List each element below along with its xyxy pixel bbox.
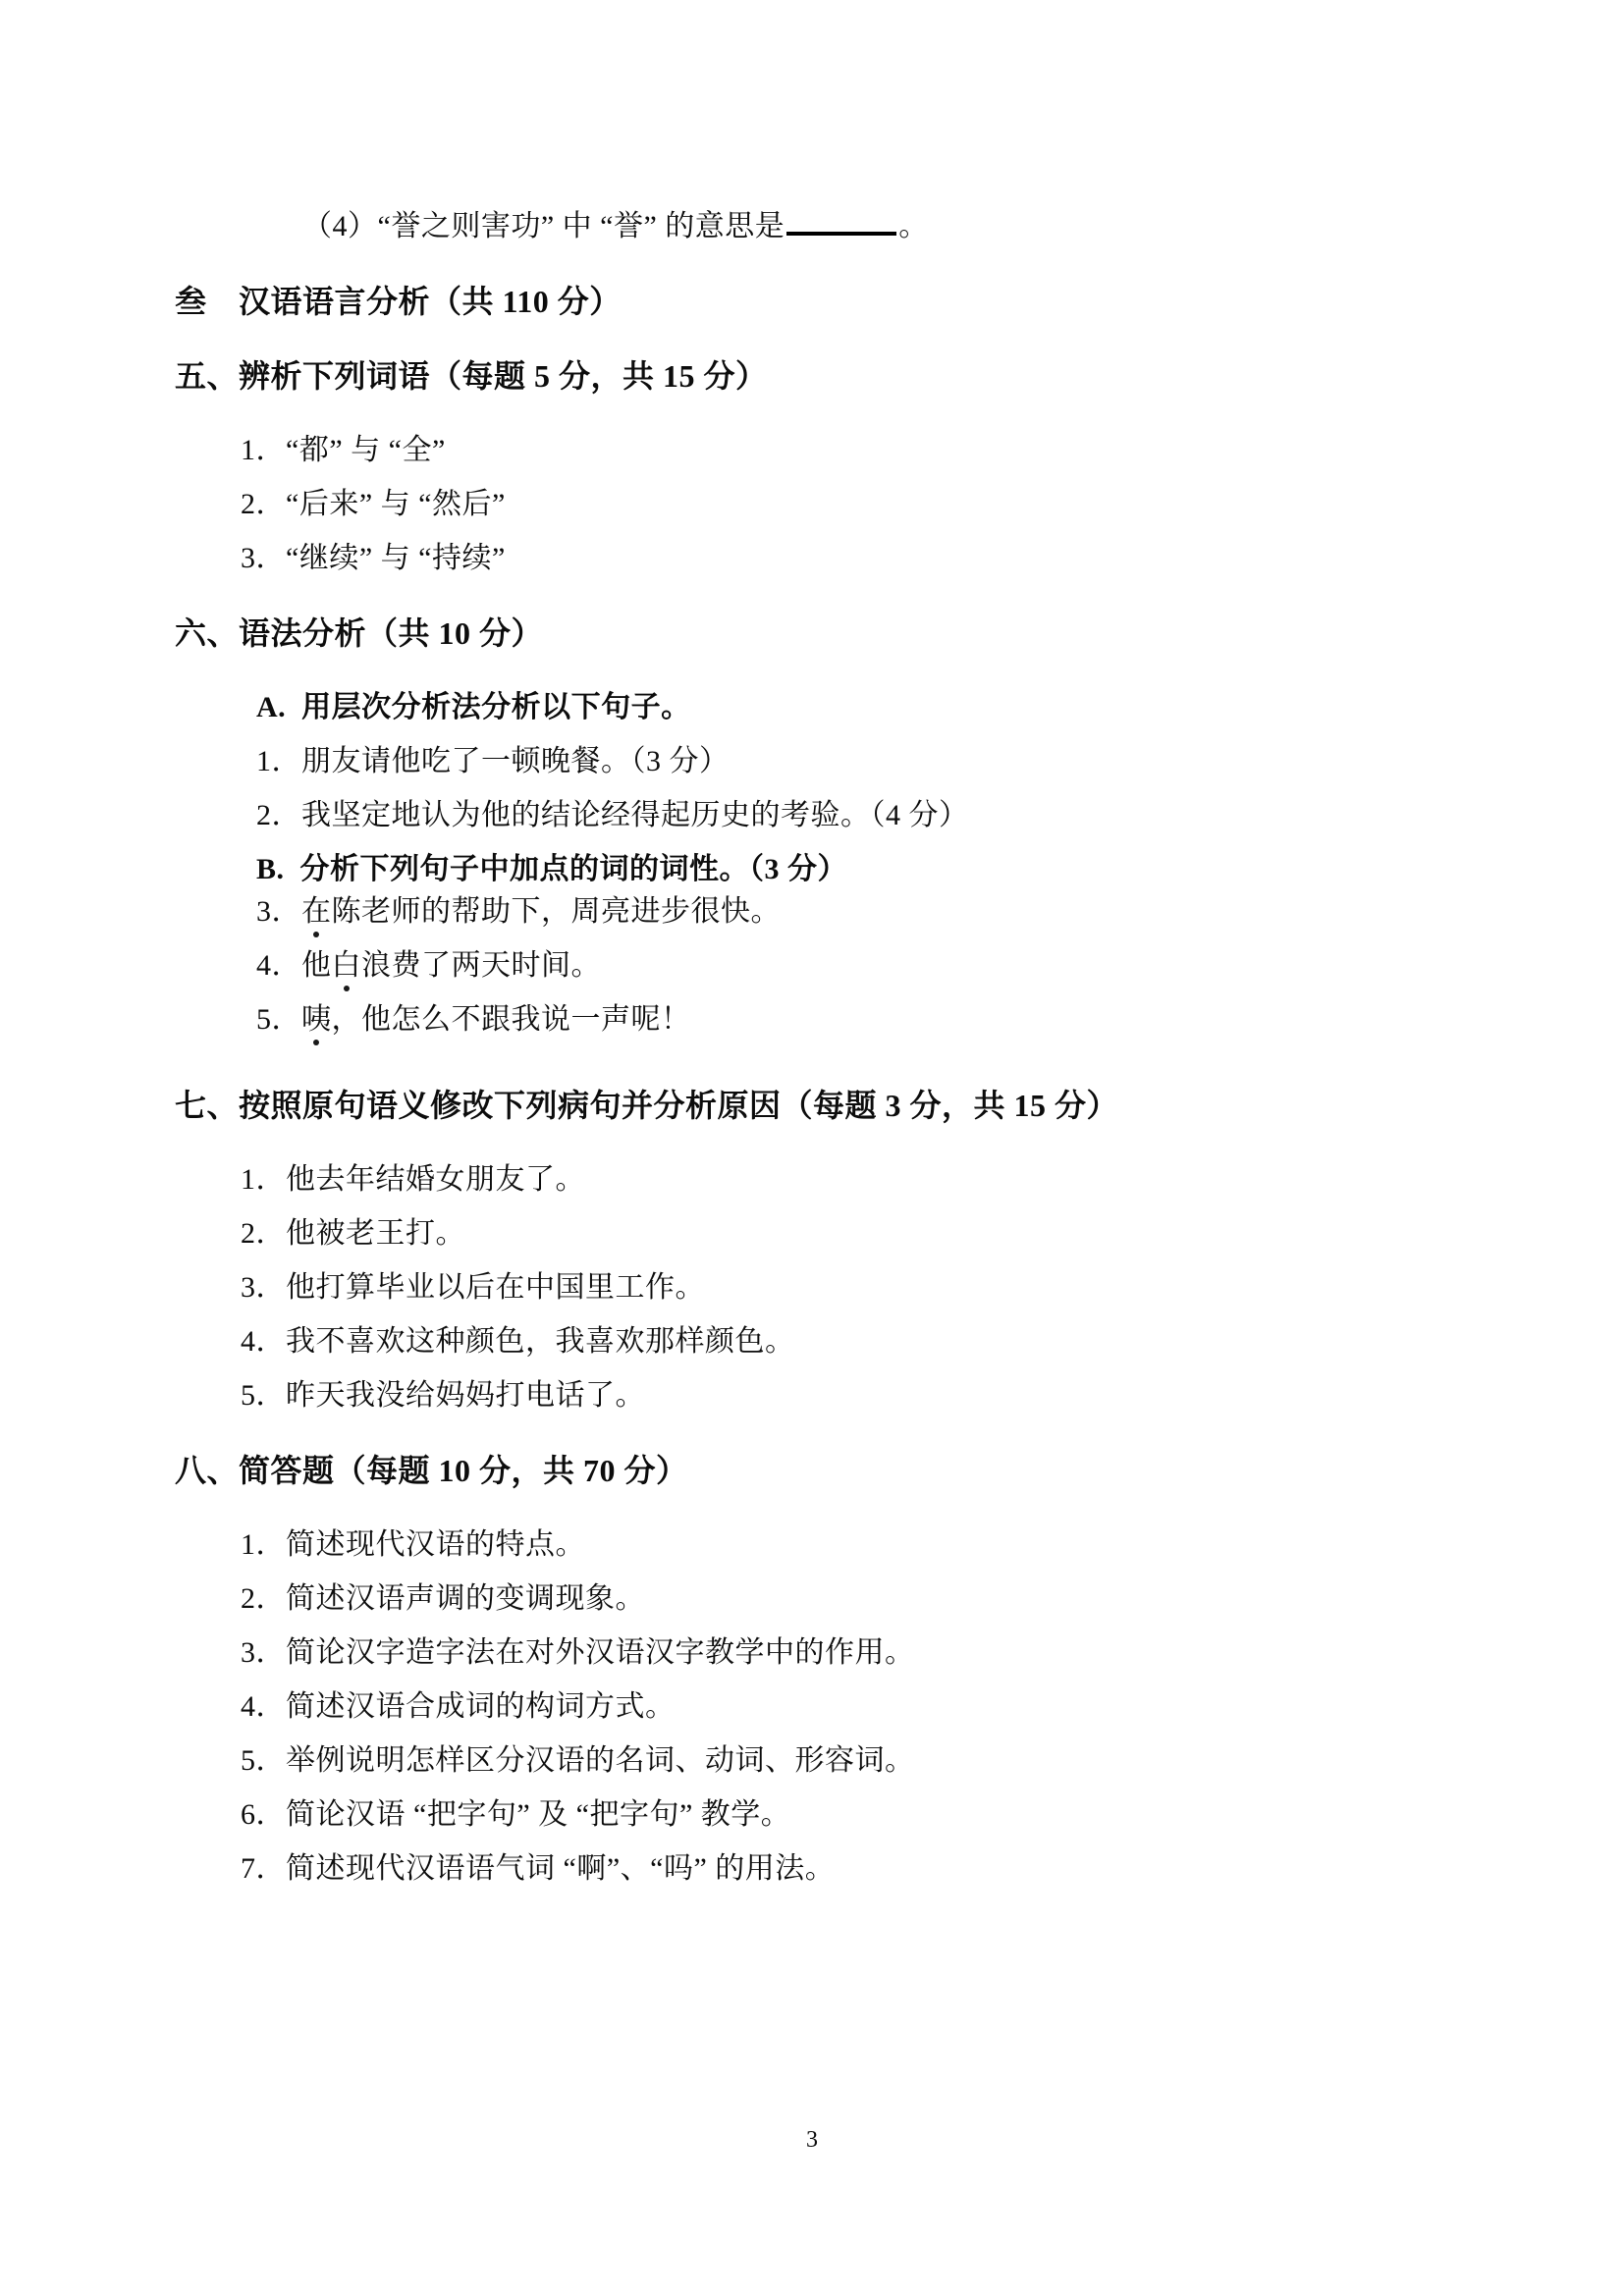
- emphasis-dotted-char: 咦: [301, 1001, 332, 1039]
- item-line: 7．简述现代汉语语气词 “啊”、“吗” 的用法。: [241, 1850, 1624, 1888]
- answer-blank: [786, 202, 896, 236]
- emphasis-dotted-char: 在: [301, 893, 332, 931]
- item-line: 2．简述汉语声调的变调现象。: [241, 1580, 1624, 1618]
- item-line: 2．“后来” 与 “然后”: [241, 486, 1624, 523]
- item-line: 1．他去年结婚女朋友了。: [241, 1161, 1624, 1199]
- sub-item-line: 3．在陈老师的帮助下，周亮进步很快。: [256, 893, 1624, 931]
- sub-item-line: 5．咦，他怎么不跟我说一声呢！: [256, 1001, 1624, 1039]
- section-header-line: 五、辨析下列词语（每题 5 分，共 15 分）: [175, 357, 1624, 395]
- item-line: 1．“都” 与 “全”: [241, 432, 1624, 469]
- section-header-line: 七、按照原句语义修改下列病句并分析原因（每题 3 分，共 15 分）: [175, 1087, 1624, 1124]
- item-line: 3．他打算毕业以后在中国里工作。: [241, 1269, 1624, 1307]
- sub-header-line: A. 用层次分析法分析以下句子。: [256, 689, 1624, 726]
- sub-header-line: B. 分析下列句子中加点的词的词性。（3 分）: [256, 851, 1624, 888]
- item-line: 3．“继续” 与 “持续”: [241, 540, 1624, 577]
- fill-in-line: （4）“誉之则害功” 中 “誉” 的意思是。: [302, 202, 1624, 245]
- part-header-line: 叁 汉语语言分析（共 110 分）: [175, 283, 1624, 320]
- section-header-line: 八、简答题（每题 10 分，共 70 分）: [175, 1452, 1624, 1489]
- item-line: 1．简述现代汉语的特点。: [241, 1526, 1624, 1564]
- item-line: 5．举例说明怎样区分汉语的名词、动词、形容词。: [241, 1742, 1624, 1780]
- page-number: 3: [0, 2125, 1624, 2155]
- sub-item-line: 2．我坚定地认为他的结论经得起历史的考验。（4 分）: [256, 797, 1624, 834]
- item-line: 3．简论汉字造字法在对外汉语汉字教学中的作用。: [241, 1634, 1624, 1672]
- document-lines: （4）“誉之则害功” 中 “誉” 的意思是。叁 汉语语言分析（共 110 分）五…: [0, 0, 1624, 1888]
- item-line: 2．他被老王打。: [241, 1215, 1624, 1253]
- section-header-line: 六、语法分析（共 10 分）: [175, 614, 1624, 652]
- exam-page: （4）“誉之则害功” 中 “誉” 的意思是。叁 汉语语言分析（共 110 分）五…: [0, 0, 1624, 2296]
- emphasis-dotted-char: 白: [332, 947, 362, 985]
- sub-item-line: 4．他白浪费了两天时间。: [256, 947, 1624, 985]
- item-line: 4．简述汉语合成词的构词方式。: [241, 1688, 1624, 1726]
- sub-item-line: 1．朋友请他吃了一顿晚餐。（3 分）: [256, 743, 1624, 780]
- item-line: 5．昨天我没给妈妈打电话了。: [241, 1377, 1624, 1415]
- item-line: 4．我不喜欢这种颜色，我喜欢那样颜色。: [241, 1323, 1624, 1361]
- item-line: 6．简论汉语 “把字句” 及 “把字句” 教学。: [241, 1796, 1624, 1834]
